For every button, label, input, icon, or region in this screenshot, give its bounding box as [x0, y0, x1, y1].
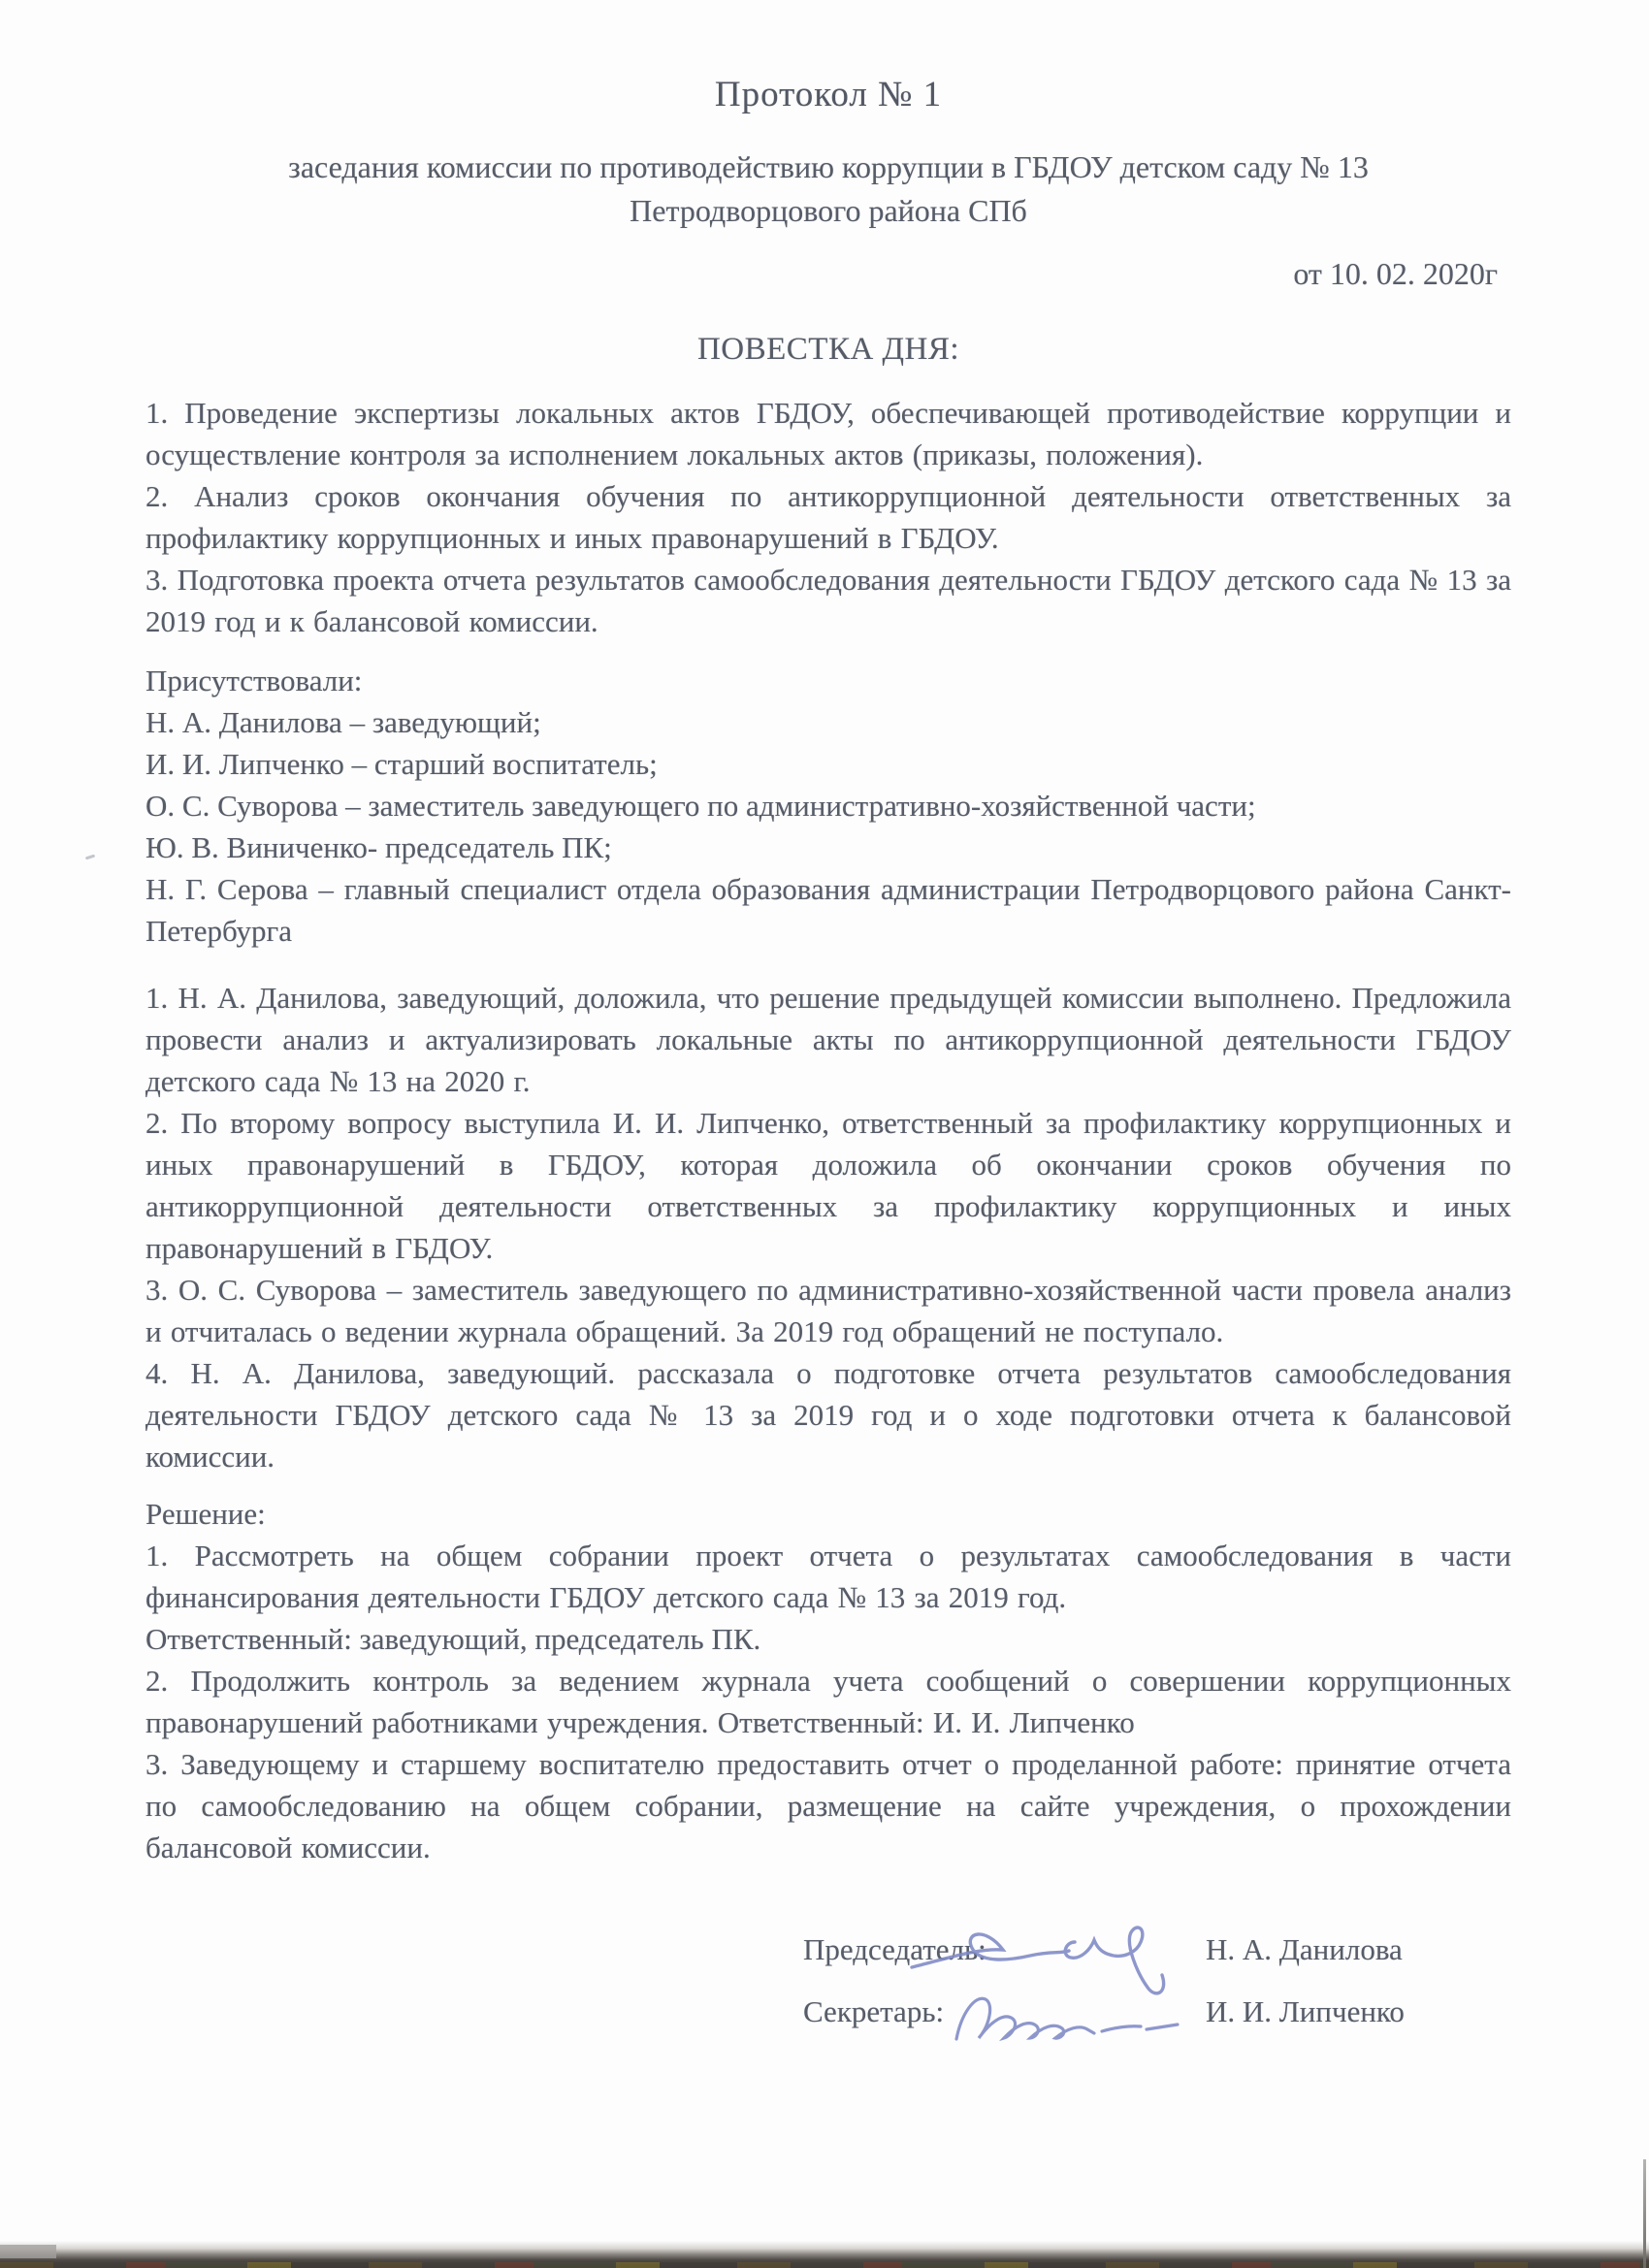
agenda-item: 2. Анализ сроков окончания обучения по а… [145, 475, 1511, 559]
signature-label: Председатель: [803, 1932, 1017, 1967]
document-title: Протокол № 1 [145, 0, 1511, 116]
attendee-item: Н. Г. Серова – главный специалист отдела… [145, 868, 1511, 952]
document-content: Протокол № 1 заседания комиссии по проти… [145, 0, 1511, 2057]
agenda-item: 3. Подготовка проекта отчета результатов… [145, 559, 1511, 642]
agenda-heading: ПОВЕСТКА ДНЯ: [145, 328, 1511, 371]
discussion-paragraph: 2. По второму вопросу выступила И. И. Ли… [145, 1102, 1511, 1269]
scan-corner-block [0, 2245, 56, 2258]
agenda-item: 1. Проведение экспертизы локальных актов… [145, 392, 1511, 475]
attendees-section: Присутствовали: Н. А. Данилова – заведую… [145, 660, 1511, 952]
subtitle-line-1: заседания комиссии по противодействию ко… [145, 146, 1511, 189]
attendee-item: Ю. В. Виниченко- председатель ПК; [145, 826, 1511, 868]
scan-edge-speckles [0, 2262, 1649, 2268]
signature-name: Н. А. Данилова [1206, 1932, 1403, 1967]
scan-right-edge-line [1643, 2159, 1646, 2268]
attendee-item: О. С. Суворова – заместитель заведующего… [145, 785, 1511, 826]
agenda-section: 1. Проведение экспертизы локальных актов… [145, 392, 1511, 642]
scanned-document-page: Протокол № 1 заседания комиссии по проти… [0, 0, 1649, 2268]
resolution-item: Ответственный: заведующий, председатель … [145, 1618, 1511, 1660]
signature-label: Секретарь: [803, 1994, 1017, 2029]
discussion-paragraph: 4. Н. А. Данилова, заведующий. рассказал… [145, 1352, 1511, 1477]
resolution-item: 1. Рассмотреть на общем собрании проект … [145, 1535, 1511, 1618]
signature-name: И. И. Липченко [1206, 1994, 1405, 2029]
document-date: от 10. 02. 2020г [145, 252, 1511, 295]
resolution-item: 3. Заведующему и старшему воспитателю пр… [145, 1743, 1511, 1868]
signature-row: Секретарь: И. И. Липченко [803, 1994, 1511, 2057]
attendee-item: И. И. Липченко – старший воспитатель; [145, 743, 1511, 785]
discussion-section: 1. Н. А. Данилова, заведующий, доложила,… [145, 977, 1511, 1477]
discussion-paragraph: 3. О. С. Суворова – заместитель заведующ… [145, 1269, 1511, 1352]
document-subtitle: заседания комиссии по противодействию ко… [145, 146, 1511, 233]
discussion-paragraph: 1. Н. А. Данилова, заведующий, доложила,… [145, 977, 1511, 1102]
signature-row: Председатель: Н. А. Данилова [803, 1932, 1511, 1994]
attendee-item: Н. А. Данилова – заведующий; [145, 701, 1511, 743]
resolution-section: Решение: 1. Рассмотреть на общем собрани… [145, 1493, 1511, 1868]
signature-block: Председатель: Н. А. Данилова Секретарь: [145, 1932, 1511, 2057]
resolution-heading: Решение: [145, 1493, 1511, 1535]
subtitle-line-2: Петродворцового района СПб [145, 189, 1511, 233]
scan-noise-mark [85, 855, 95, 860]
attendees-heading: Присутствовали: [145, 660, 1511, 701]
resolution-item: 2. Продолжить контроль за ведением журна… [145, 1660, 1511, 1743]
